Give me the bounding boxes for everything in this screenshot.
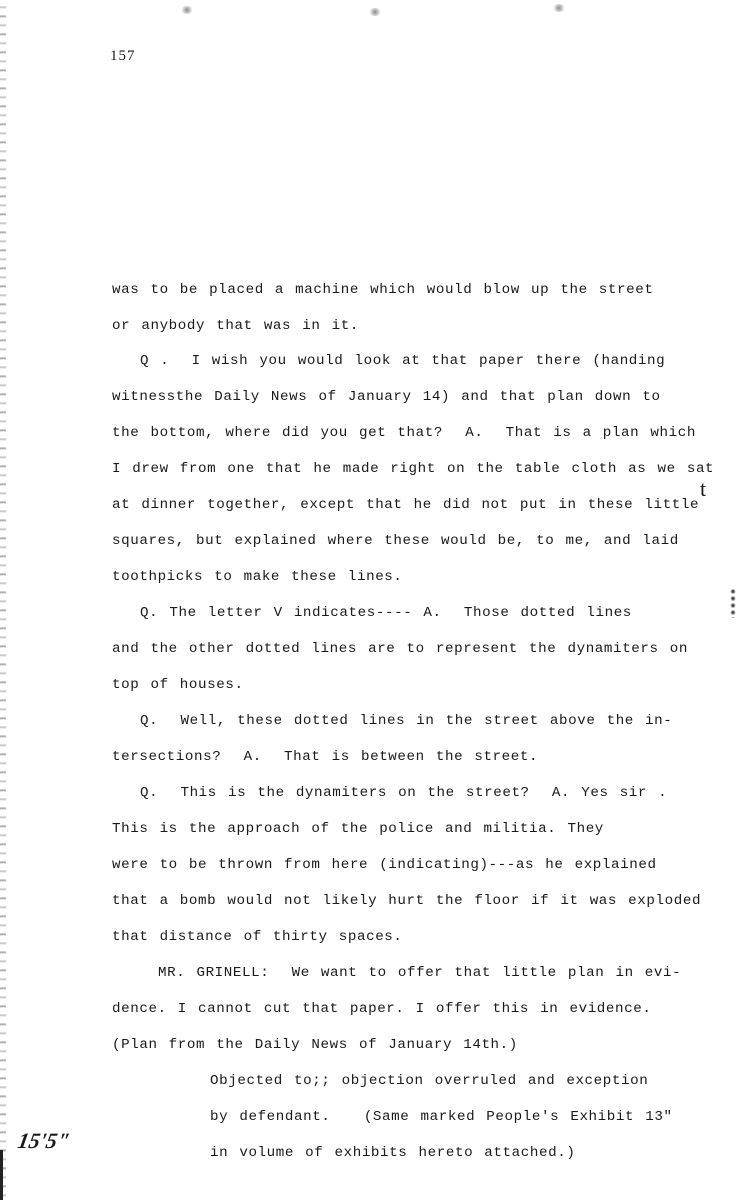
margin-dots	[730, 588, 736, 618]
text-line: dence. I cannot cut that paper. I offer …	[112, 1001, 652, 1017]
text-line: Q. This is the dynamiters on the street?…	[140, 785, 667, 801]
text-line: by defendant. (Same marked People's Exhi…	[210, 1109, 673, 1125]
text-line: Q. The letter V indicates---- A. Those d…	[140, 605, 632, 621]
scan-smudge	[552, 4, 566, 12]
scan-edge-left-dark	[0, 1150, 3, 1200]
scan-smudge	[368, 8, 382, 16]
text-line: witnessthe Daily News of January 14) and…	[112, 389, 661, 405]
marginal-note: 15'5"	[16, 1128, 72, 1154]
text-line: at dinner together, except that he did n…	[112, 497, 699, 513]
text-line: MR. GRINELL: We want to offer that littl…	[158, 965, 681, 981]
text-line: toothpicks to make these lines.	[112, 569, 403, 585]
text-line: the bottom, where did you get that? A. T…	[112, 425, 696, 441]
text-line: and the other dotted lines are to repres…	[112, 641, 688, 657]
text-line: Objected to;; objection overruled and ex…	[210, 1073, 648, 1089]
text-line: squares, but explained where these would…	[112, 533, 679, 549]
text-line: that distance of thirty spaces.	[112, 929, 403, 945]
text-line: tersections? A. That is between the stre…	[112, 749, 538, 765]
text-line: was to be placed a machine which would b…	[112, 282, 654, 298]
text-line: (Plan from the Daily News of January 14t…	[112, 1037, 518, 1053]
handwritten-correction: t	[700, 476, 706, 502]
text-line: were to be thrown from here (indicating)…	[112, 857, 657, 873]
scan-smudge	[180, 6, 194, 14]
text-line: top of houses.	[112, 677, 244, 693]
text-line: I drew from one that he made right on th…	[112, 461, 714, 477]
text-line: that a bomb would not likely hurt the fl…	[112, 893, 701, 909]
text-line: or anybody that was in it.	[112, 318, 359, 334]
page-number: 157	[110, 48, 136, 65]
text-line: This is the approach of the police and m…	[112, 821, 604, 837]
text-line: Q. Well, these dotted lines in the stree…	[140, 713, 672, 729]
text-line: in volume of exhibits hereto attached.)	[210, 1145, 575, 1161]
text-line: Q . I wish you would look at that paper …	[140, 353, 665, 369]
scan-edge-left	[0, 0, 6, 1200]
